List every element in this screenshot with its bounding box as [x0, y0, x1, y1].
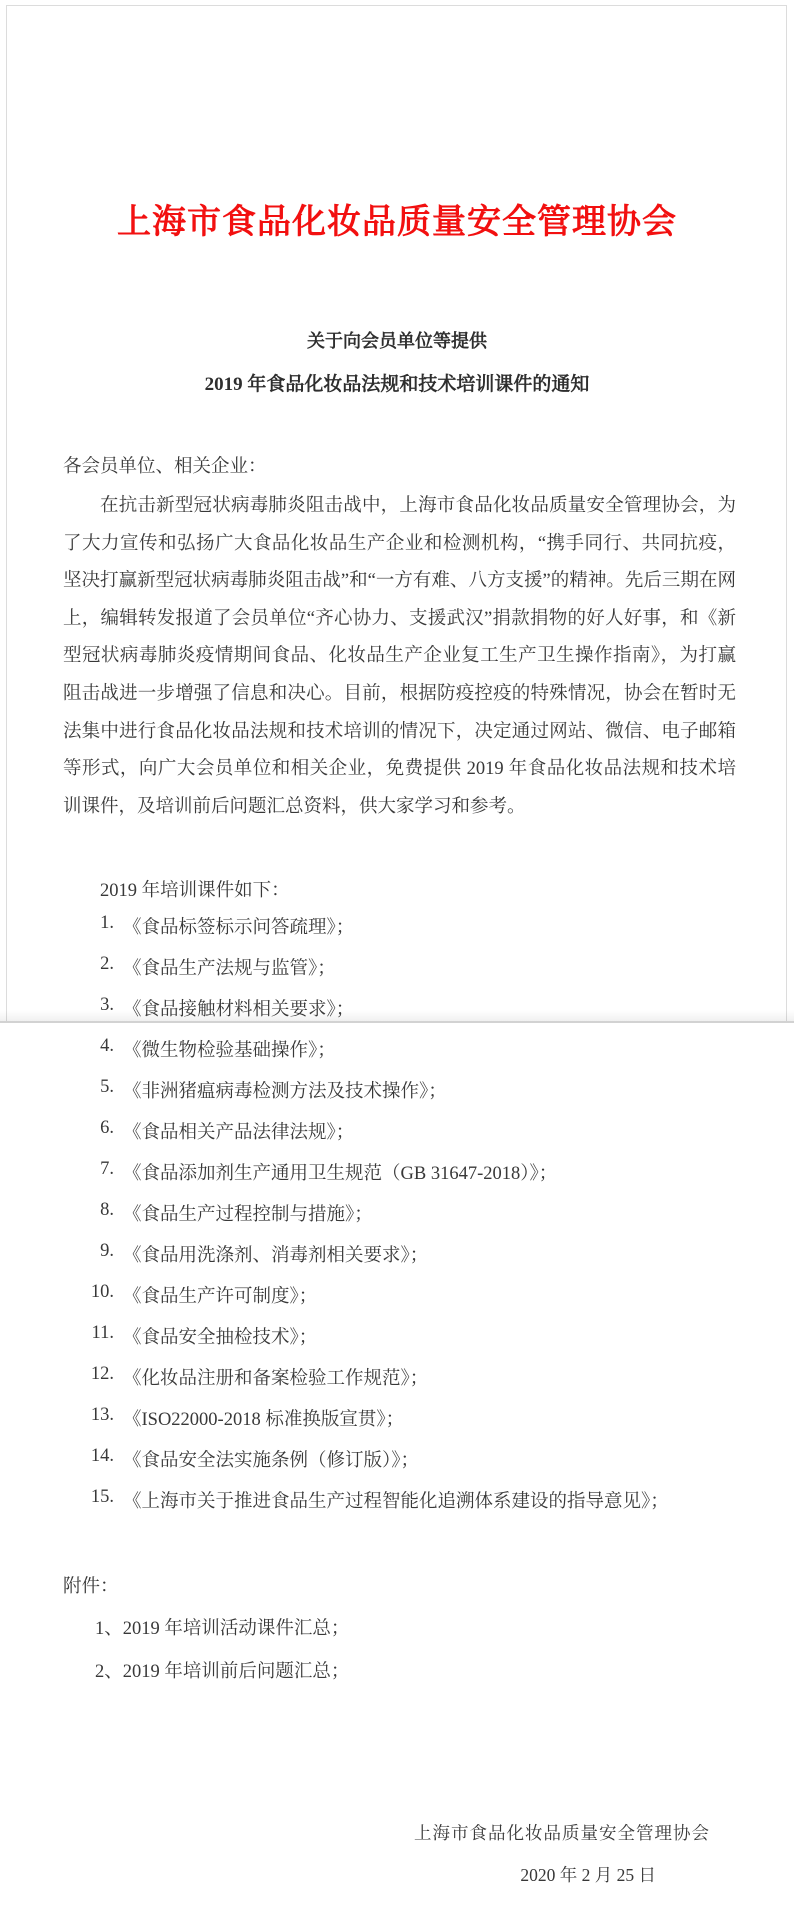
- course-title: 《食品相关产品法律法规》；: [123, 1118, 354, 1144]
- course-list-item: 4. 《微生物检验基础操作》；: [88, 1036, 669, 1077]
- course-number: 5.: [88, 1077, 114, 1098]
- course-title: 《食品接触材料相关要求》；: [123, 995, 354, 1021]
- course-list-item: 6. 《食品相关产品法律法规》；: [88, 1118, 669, 1159]
- salutation: 各会员单位、相关企业：: [63, 452, 267, 478]
- course-number: 2.: [88, 954, 114, 975]
- document-page: 上海市食品化妆品质量安全管理协会 关于向会员单位等提供 2019 年食品化妆品法…: [0, 0, 794, 1920]
- course-title: 《食品生产许可制度》；: [123, 1282, 317, 1308]
- course-number: 3.: [88, 995, 114, 1016]
- course-title: 《ISO22000-2018 标准换版宣贯》；: [123, 1405, 404, 1431]
- attachment-list: 1、2019 年培训活动课件汇总； 2、2019 年培训前后问题汇总；: [95, 1614, 349, 1700]
- course-number: 11.: [88, 1323, 114, 1344]
- body-paragraph: 在抗击新型冠状病毒肺炎阻击战中，上海市食品化妆品质量安全管理协会，为了大力宣传和…: [63, 488, 736, 826]
- course-list-item: 10. 《食品生产许可制度》；: [88, 1282, 669, 1323]
- course-number: 1.: [88, 913, 114, 934]
- course-number: 8.: [88, 1200, 114, 1221]
- course-title: 《食品用洗涤剂、消毒剂相关要求》；: [123, 1241, 428, 1267]
- course-list-item: 9. 《食品用洗涤剂、消毒剂相关要求》；: [88, 1241, 669, 1282]
- course-title: 《食品生产过程控制与措施》；: [123, 1200, 373, 1226]
- course-number: 13.: [88, 1405, 114, 1426]
- course-number: 7.: [88, 1159, 114, 1180]
- course-number: 9.: [88, 1241, 114, 1262]
- course-list-intro: 2019 年培训课件如下：: [100, 876, 290, 902]
- course-title: 《微生物检验基础操作》；: [123, 1036, 336, 1062]
- course-title: 《食品生产法规与监管》；: [123, 954, 336, 980]
- course-list-item: 7. 《食品添加剂生产通用卫生规范（GB 31647-2018）》；: [88, 1159, 669, 1200]
- signature-date: 2020 年 2 月 25 日: [0, 1862, 656, 1887]
- course-list-item: 11. 《食品安全抽检技术》；: [88, 1323, 669, 1364]
- course-number: 10.: [88, 1282, 114, 1303]
- attachment-item: 2、2019 年培训前后问题汇总；: [95, 1657, 349, 1700]
- course-number: 4.: [88, 1036, 114, 1057]
- course-title: 《非洲猪瘟病毒检测方法及技术操作》；: [123, 1077, 447, 1103]
- course-list-item: 12. 《化妆品注册和备案检验工作规范》；: [88, 1364, 669, 1405]
- course-list-item: 1. 《食品标签标示问答疏理》；: [88, 913, 669, 954]
- course-title: 《食品添加剂生产通用卫生规范（GB 31647-2018）》；: [123, 1159, 557, 1185]
- notice-title-line2: 2019 年食品化妆品法规和技术培训课件的通知: [0, 370, 794, 400]
- notice-title: 关于向会员单位等提供 2019 年食品化妆品法规和技术培训课件的通知: [0, 326, 794, 400]
- association-letterhead-title: 上海市食品化妆品质量安全管理协会: [0, 194, 794, 243]
- course-list-item: 3. 《食品接触材料相关要求》；: [88, 995, 669, 1036]
- signature-association-name: 上海市食品化妆品质量安全管理协会: [0, 1820, 710, 1845]
- course-list-item: 5. 《非洲猪瘟病毒检测方法及技术操作》；: [88, 1077, 669, 1118]
- course-number: 6.: [88, 1118, 114, 1139]
- course-list-item: 2. 《食品生产法规与监管》；: [88, 954, 669, 995]
- course-list-item: 13. 《ISO22000-2018 标准换版宣贯》；: [88, 1405, 669, 1446]
- course-number: 15.: [88, 1487, 114, 1508]
- course-title: 《化妆品注册和备案检验工作规范》；: [123, 1364, 428, 1390]
- course-title: 《食品安全抽检技术》；: [123, 1323, 317, 1349]
- course-title: 《食品安全法实施条例（修订版）》；: [123, 1446, 419, 1472]
- course-list-item: 14. 《食品安全法实施条例（修订版）》；: [88, 1446, 669, 1487]
- course-list-item: 15. 《上海市关于推进食品生产过程智能化追溯体系建设的指导意见》；: [88, 1487, 669, 1528]
- attachments-label: 附件：: [63, 1572, 119, 1598]
- course-number: 14.: [88, 1446, 114, 1467]
- attachment-item: 1、2019 年培训活动课件汇总；: [95, 1614, 349, 1657]
- course-number: 12.: [88, 1364, 114, 1385]
- course-list: 1. 《食品标签标示问答疏理》； 2. 《食品生产法规与监管》； 3. 《食品接…: [88, 913, 669, 1528]
- course-title: 《上海市关于推进食品生产过程智能化追溯体系建设的指导意见》；: [123, 1487, 669, 1513]
- course-title: 《食品标签标示问答疏理》；: [123, 913, 354, 939]
- course-list-item: 8. 《食品生产过程控制与措施》；: [88, 1200, 669, 1241]
- notice-title-line1: 关于向会员单位等提供: [0, 326, 794, 356]
